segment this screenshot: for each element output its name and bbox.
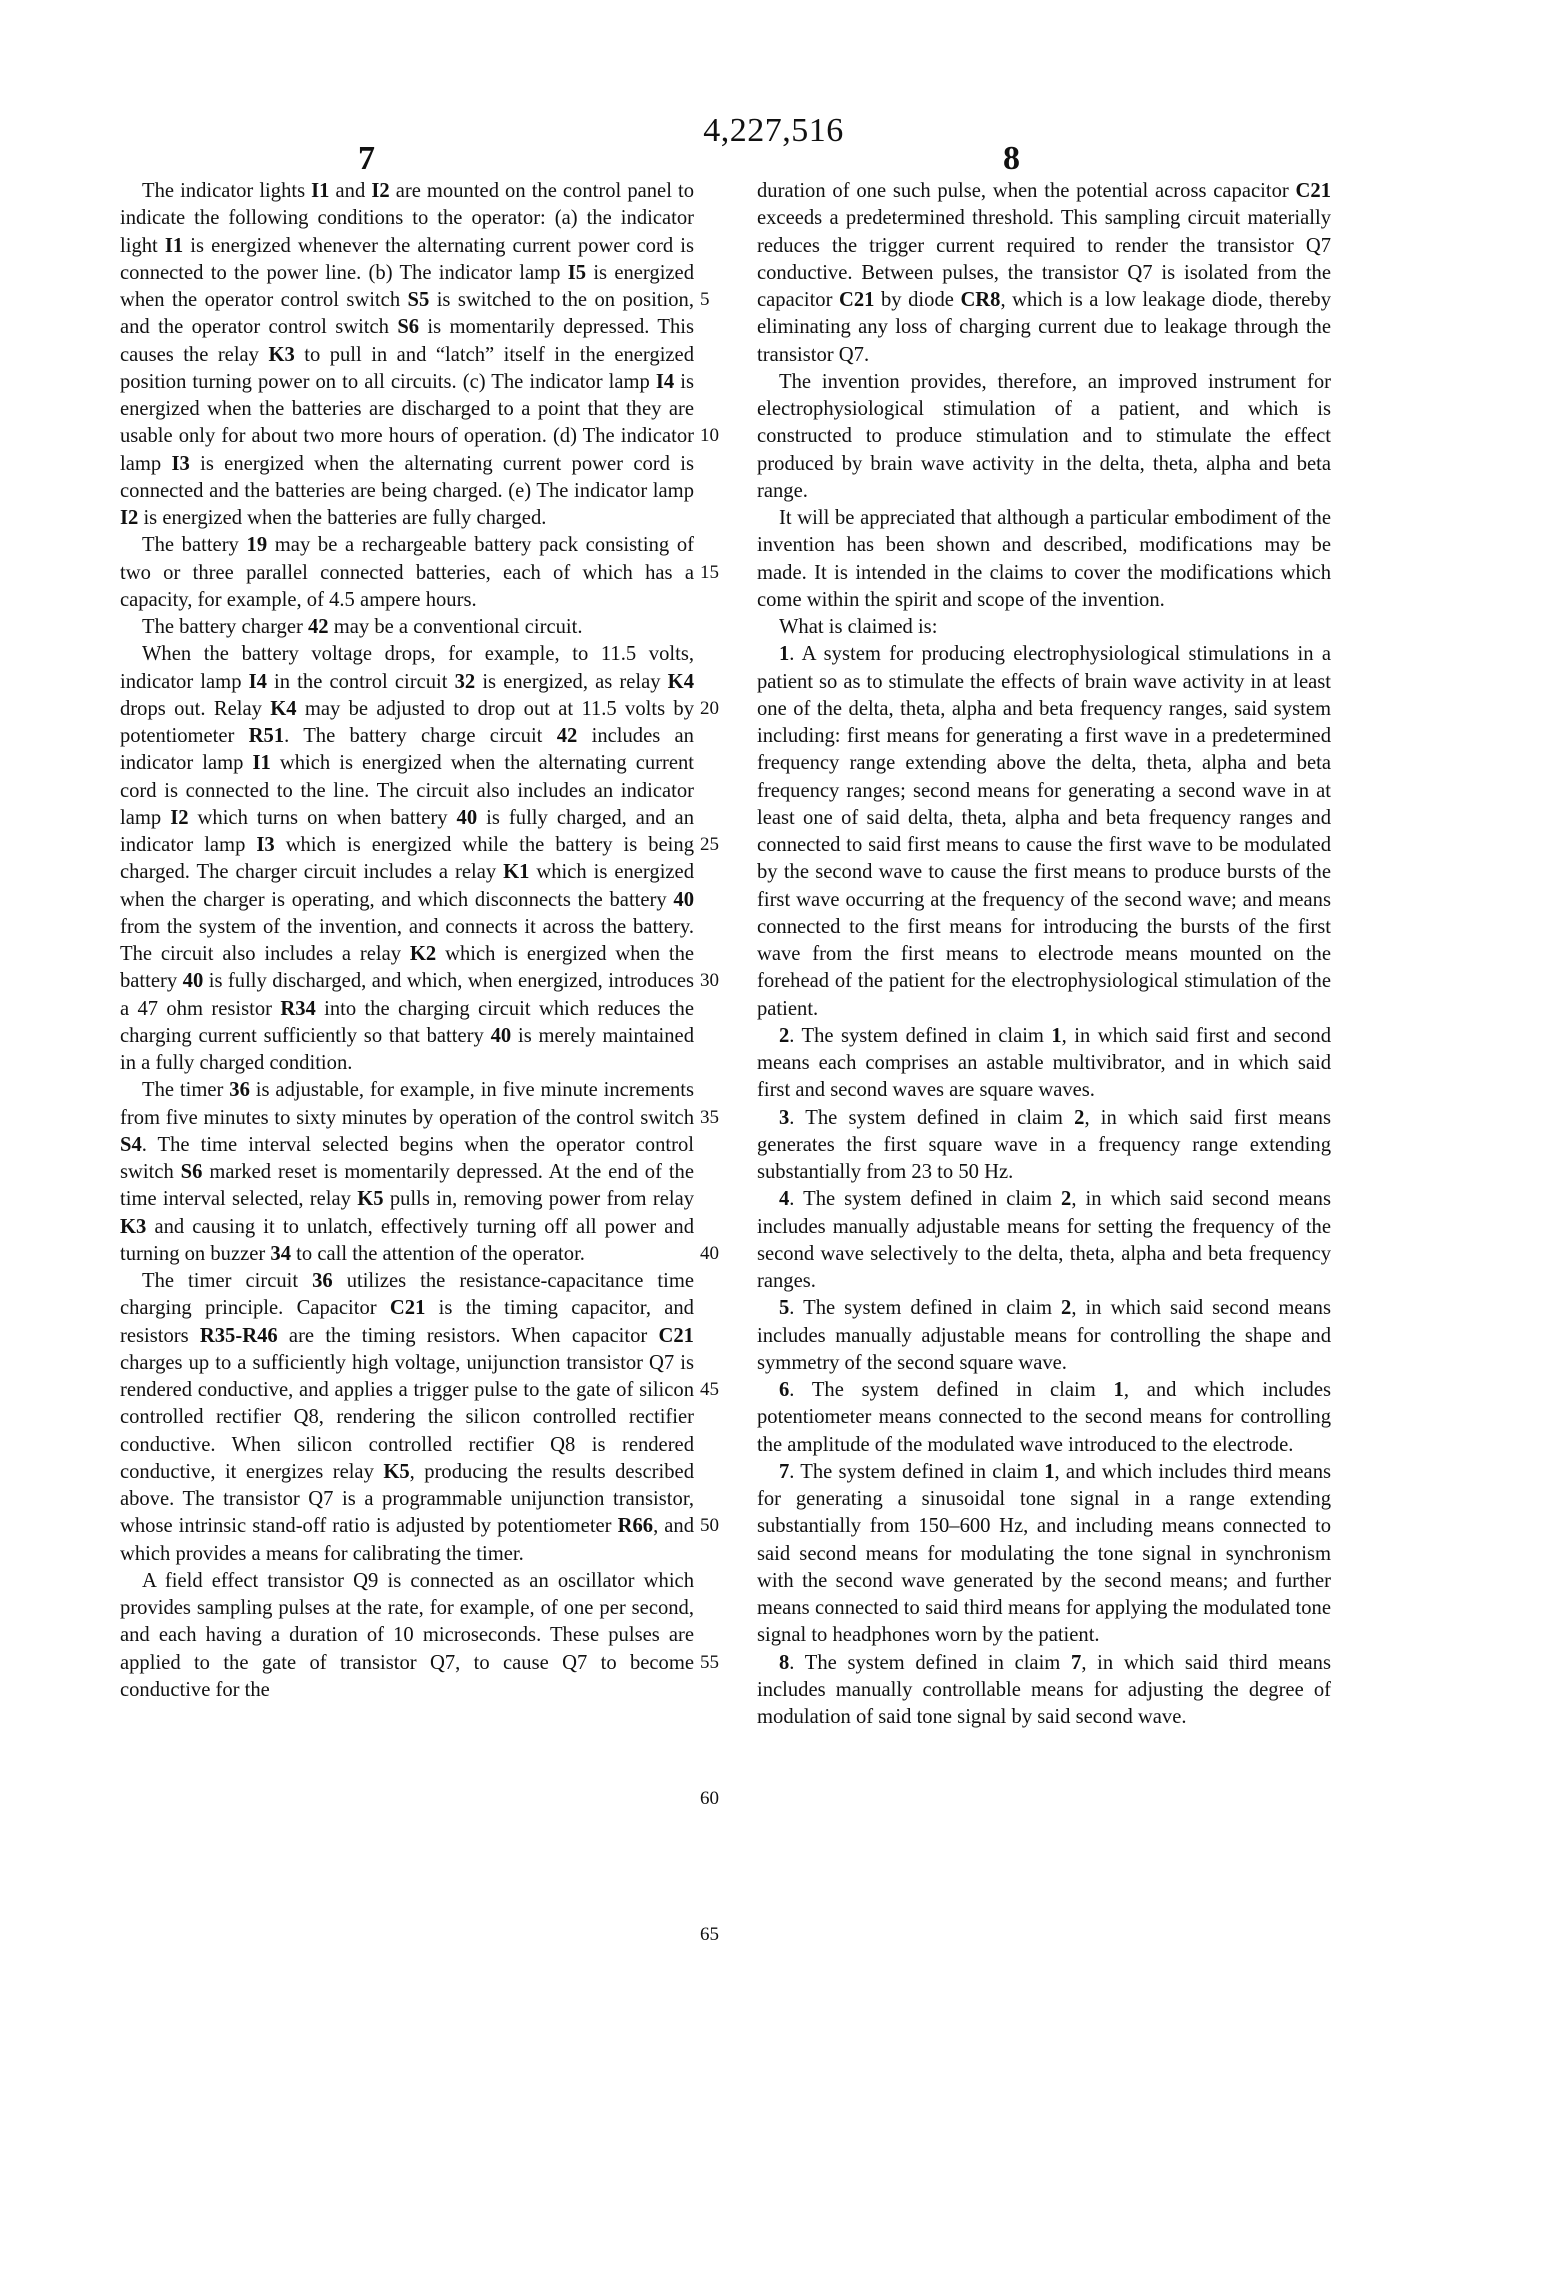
line-number: 35 [700,1107,719,1129]
patent-number: 4,227,516 [0,112,1547,150]
right-paragraph: 7. The system defined in claim 1, and wh… [757,1459,1331,1650]
line-number: 45 [700,1379,719,1401]
right-paragraph: 6. The system defined in claim 1, and wh… [757,1377,1331,1459]
right-paragraph: 1. A system for producing electrophysiol… [757,641,1331,1023]
line-number: 25 [700,834,719,856]
line-number: 30 [700,970,719,992]
left-paragraph: The timer circuit 36 utilizes the resist… [120,1268,694,1568]
line-number: 55 [700,1652,719,1674]
line-number: 65 [700,1924,719,1946]
line-number: 20 [700,698,719,720]
right-paragraph: 3. The system defined in claim 2, in whi… [757,1105,1331,1187]
right-paragraph: 2. The system defined in claim 1, in whi… [757,1023,1331,1105]
left-paragraph: The battery 19 may be a rechargeable bat… [120,532,694,614]
right-paragraph: The invention provides, therefore, an im… [757,369,1331,505]
right-paragraph: It will be appreciated that although a p… [757,505,1331,614]
left-text-column: The indicator lights I1 and I2 are mount… [120,178,694,1704]
line-number: 10 [700,425,719,447]
left-paragraph: The battery charger 42 may be a conventi… [120,614,694,641]
patent-page: 4,227,516 7 8 The indicator lights I1 an… [0,0,1547,2272]
right-paragraph: 4. The system defined in claim 2, in whi… [757,1186,1331,1295]
left-paragraph: When the battery voltage drops, for exam… [120,641,694,1077]
right-paragraph: 5. The system defined in claim 2, in whi… [757,1295,1331,1377]
line-number: 40 [700,1243,719,1265]
line-number: 5 [700,289,710,311]
left-paragraph: The timer 36 is adjustable, for example,… [120,1077,694,1268]
column-number-right: 8 [1003,140,1020,178]
column-number-left: 7 [358,140,375,178]
left-paragraph: A field effect transistor Q9 is connecte… [120,1568,694,1704]
line-number: 50 [700,1515,719,1537]
right-paragraph: duration of one such pulse, when the pot… [757,178,1331,369]
right-text-column: duration of one such pulse, when the pot… [757,178,1331,1731]
line-number: 60 [700,1788,719,1810]
right-paragraph: 8. The system defined in claim 7, in whi… [757,1650,1331,1732]
right-paragraph: What is claimed is: [757,614,1331,641]
left-paragraph: The indicator lights I1 and I2 are mount… [120,178,694,532]
line-number: 15 [700,562,719,584]
